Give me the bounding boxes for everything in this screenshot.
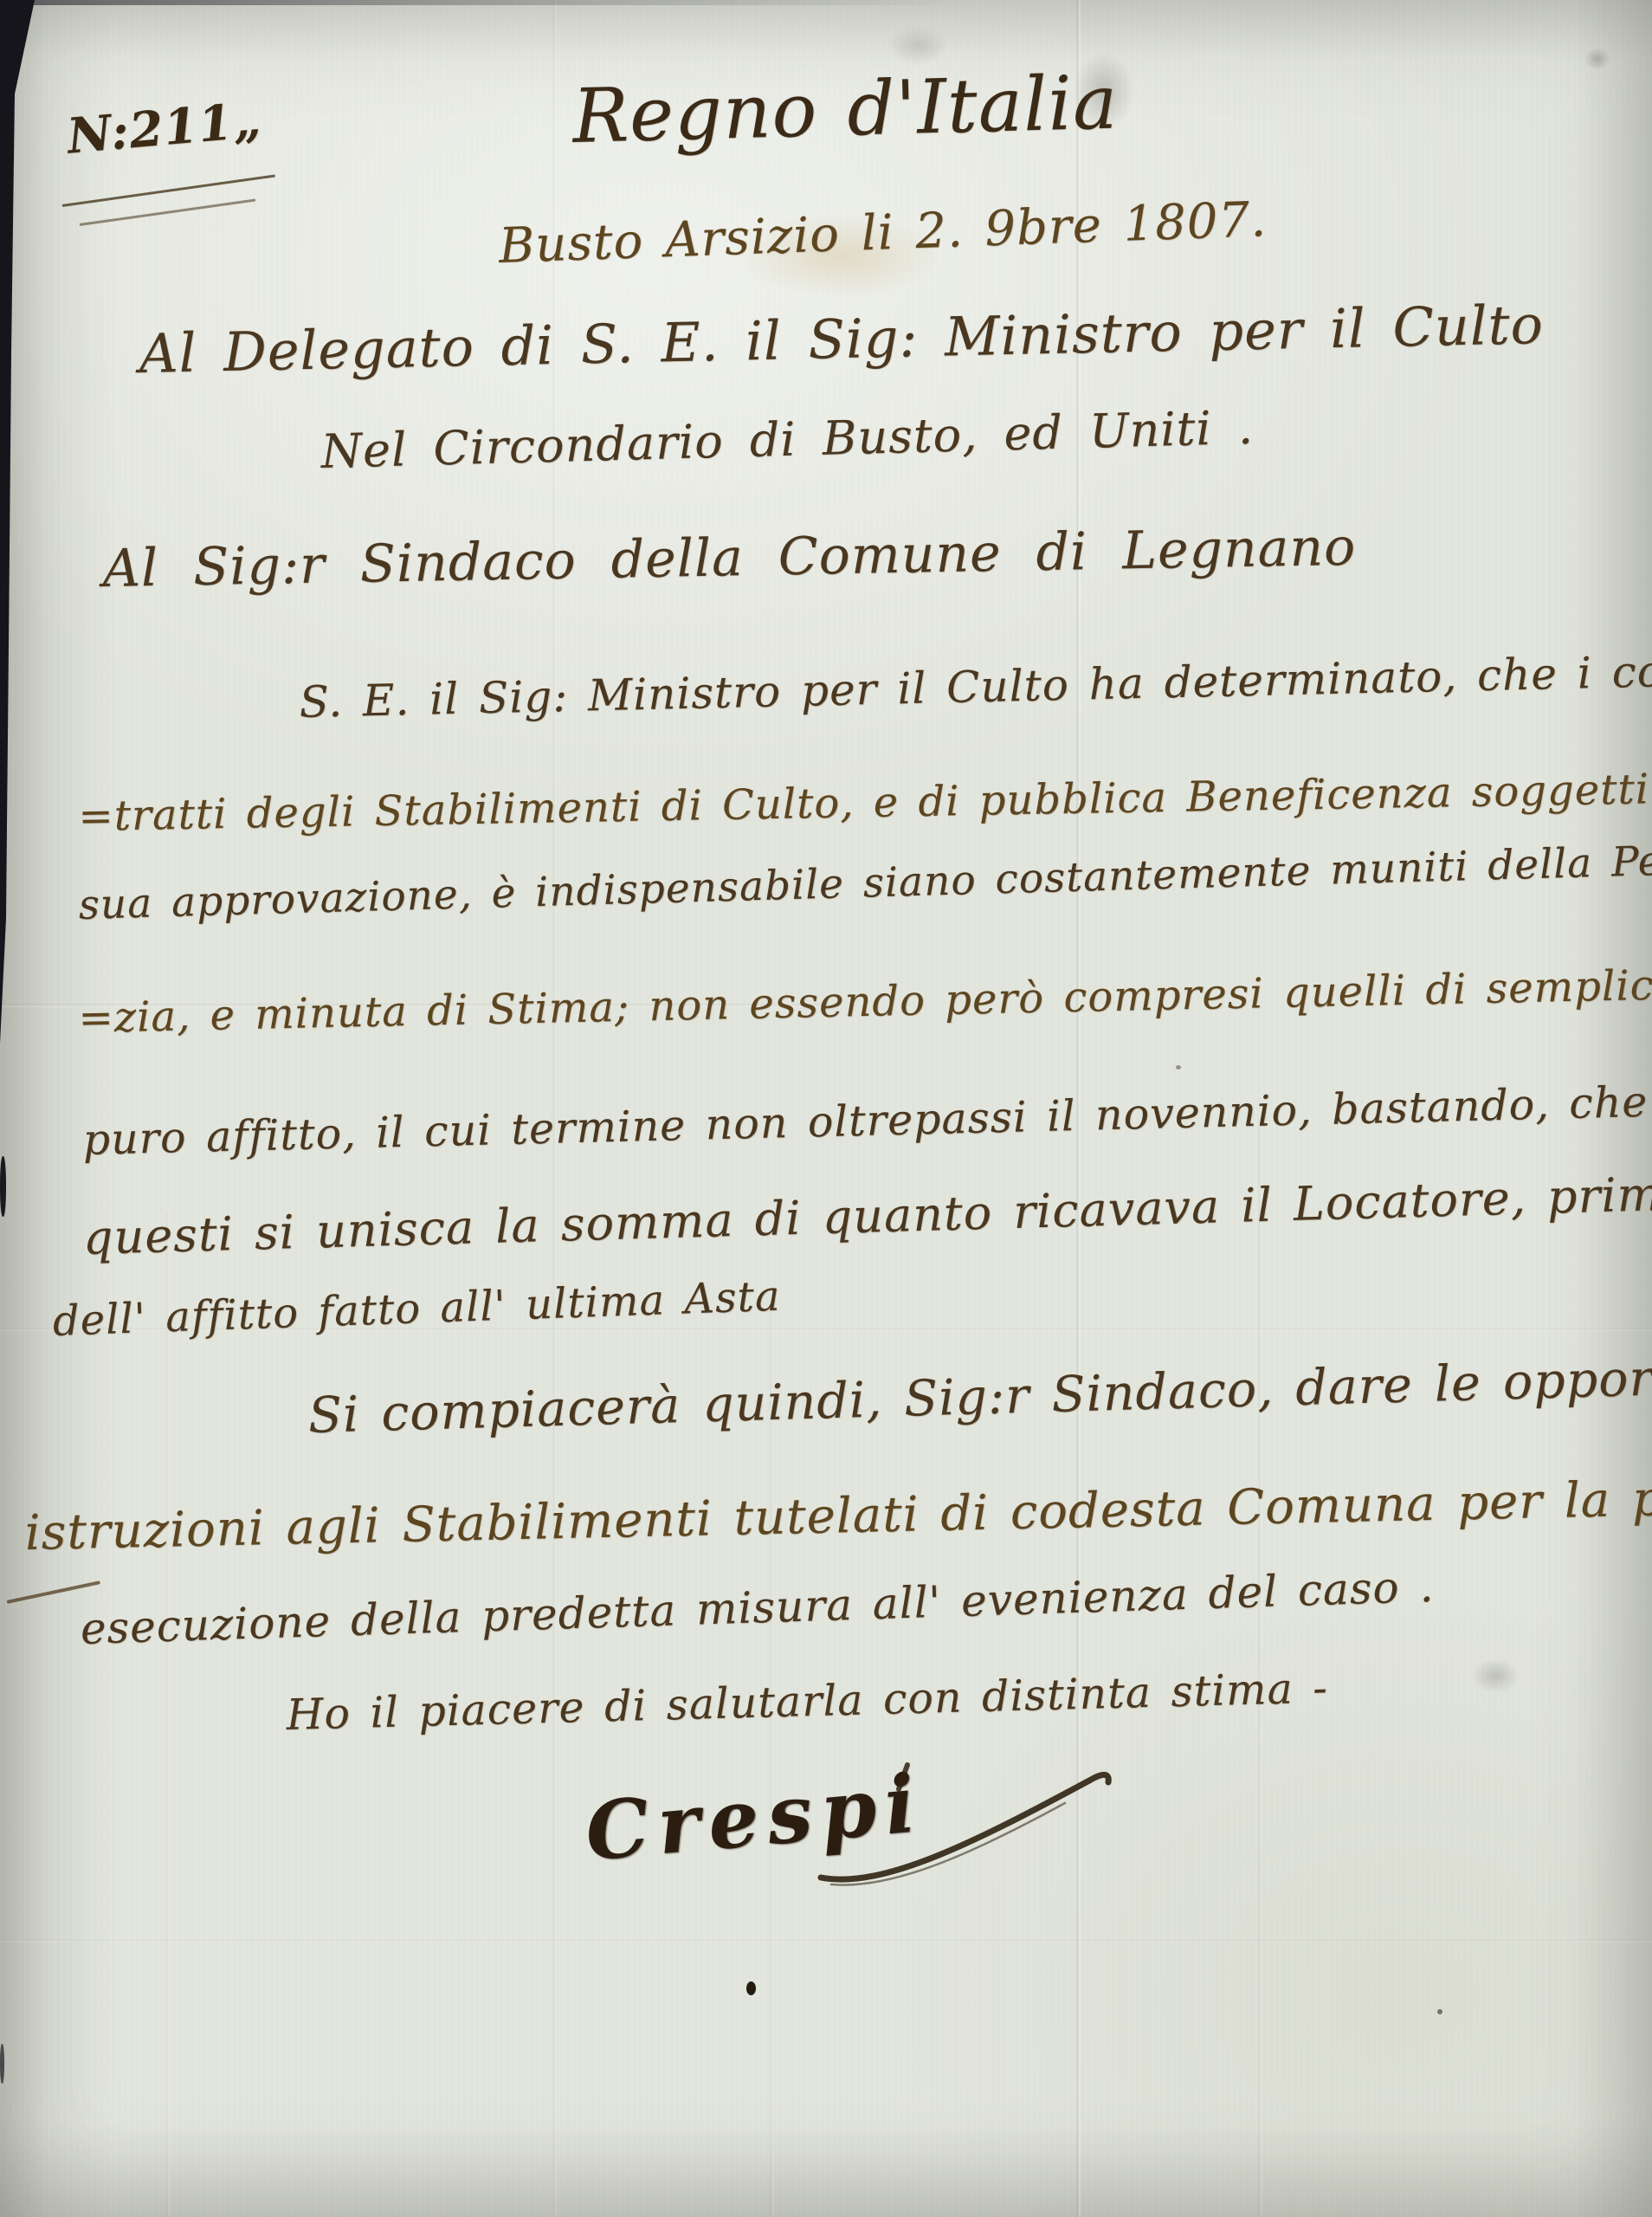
doc-number: N:211„ (65, 91, 264, 165)
paper-crease-vertical (769, 1299, 775, 2217)
letter-photo: N:211„ Regno d'Italia Busto Arsizio li 2… (0, 0, 1652, 2217)
paper-smudge (1472, 1658, 1520, 1693)
paper-sheet: N:211„ Regno d'Italia Busto Arsizio li 2… (0, 0, 1652, 2217)
recipient-line-delegato: Al Delegato di S. E. il Sig: Ministro pe… (139, 293, 1545, 385)
body-line: sua approvazione, è indispensabile siano… (78, 836, 1652, 929)
paper-smudge (887, 26, 948, 65)
ink-speck (746, 1981, 756, 1995)
photo-dark-edge-fragment (0, 1156, 6, 1217)
paper-crease-horizontal (0, 1938, 1652, 1943)
body-line: puro affitto, il cui termine non oltrepa… (82, 1076, 1652, 1165)
dateline: Busto Arsizio li 2. 9bre 1807. (498, 191, 1268, 275)
body-line: =zia, e minuta di Stima; non essendo per… (78, 960, 1652, 1043)
photo-dark-edge-left (0, 0, 40, 1044)
body-line: =tratti degli Stabilimenti di Culto, e d… (78, 763, 1652, 841)
body-line: dell' affitto fatto all' ultima Asta (52, 1272, 781, 1346)
photo-dark-edge-fragment (0, 2044, 4, 2084)
body-line: Si compiacerà quindi, Sig:r Sindaco, dar… (307, 1347, 1652, 1445)
ink-speck (1176, 1065, 1181, 1070)
body-line: istruzioni agli Stabilimenti tutelati di… (24, 1469, 1652, 1561)
kingdom-title: Regno d'Italia (571, 60, 1119, 160)
paper-crease-vertical (165, 1212, 171, 2217)
paper-smudge (1584, 48, 1610, 70)
photo-edge-shadow (0, 0, 1082, 5)
signature-flourish (805, 1758, 1126, 1897)
body-line: questi si unisca la somma di quanto rica… (82, 1166, 1652, 1265)
body-line: esecuzione della predetta misura all' ev… (80, 1561, 1435, 1654)
recipient-line-circondario: Nel Circondario di Busto, ed Uniti . (320, 400, 1255, 479)
body-line: S. E. il Sig: Ministro per il Culto ha d… (299, 645, 1652, 727)
recipient-line-sindaco: Al Sig:r Sindaco della Comune di Legnano (102, 517, 1357, 599)
closing-line: Ho il piacere di salutarla con distinta … (286, 1663, 1328, 1739)
ink-speck (1437, 2009, 1442, 2014)
doc-number-underline (80, 198, 255, 226)
pen-tick (7, 1580, 100, 1604)
